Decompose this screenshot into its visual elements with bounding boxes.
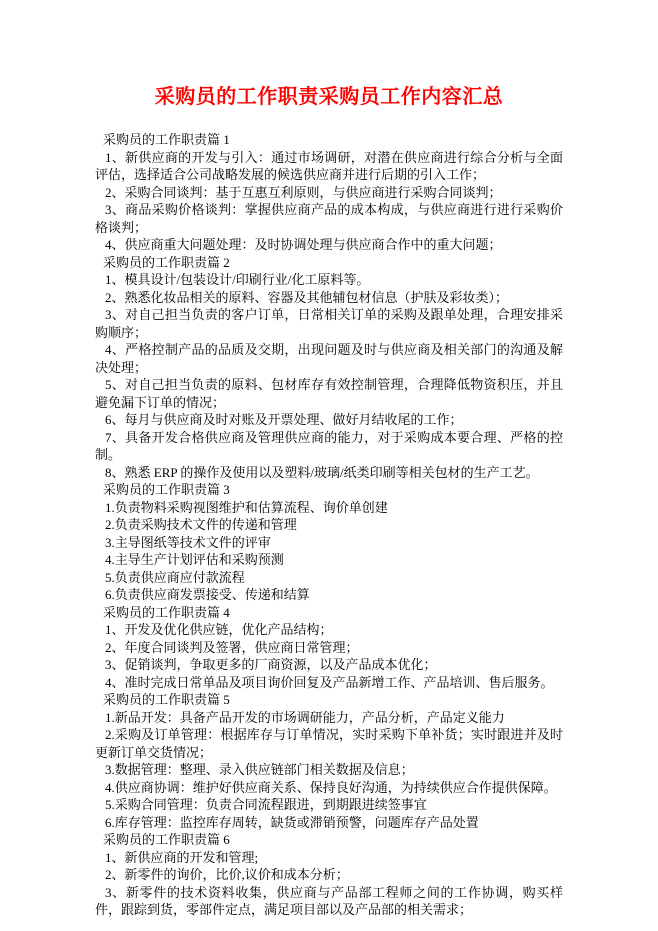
list-item: 2、新零件的询价，比价,议价和成本分析； xyxy=(95,866,563,884)
list-item: 4.供应商协调：维护好供应商关系、保持良好沟通，为持续供应合作提供保障。 xyxy=(95,779,563,797)
document-title: 采购员的工作职责采购员工作内容汇总 xyxy=(95,84,563,110)
list-item: 3、促销谈判，争取更多的厂商资源，以及产品成本优化； xyxy=(95,656,563,674)
list-item: 6、每月与供应商及时对账及开票处理、做好月结收尾的工作； xyxy=(95,411,563,429)
list-item: 4、供应商重大问题处理：及时协调处理与供应商合作中的重大问题； xyxy=(95,236,563,254)
section-heading: 采购员的工作职责篇 4 xyxy=(95,604,563,622)
list-item: 4、准时完成日常单品及项目询价回复及产品新增工作、产品培训、售后服务。 xyxy=(95,674,563,692)
list-item: 1、新供应商的开发与引入：通过市场调研，对潜在供应商进行综合分析与全面评估，选择… xyxy=(95,149,563,184)
section-heading: 采购员的工作职责篇 1 xyxy=(95,131,563,149)
list-item: 3.主导图纸等技术文件的评审 xyxy=(95,534,563,552)
list-item: 6.库存管理：监控库存周转，缺货或滞销预警，问题库存产品处置 xyxy=(95,814,563,832)
section-heading: 采购员的工作职责篇 2 xyxy=(95,254,563,272)
list-item: 1.负责物料采购视图维护和估算流程、询价单创建 xyxy=(95,499,563,517)
list-item: 3.数据管理：整理、录入供应链部门相关数据及信息； xyxy=(95,761,563,779)
list-item: 4.主导生产计划评估和采购预测 xyxy=(95,551,563,569)
list-item: 1、开发及优化供应链，优化产品结构； xyxy=(95,621,563,639)
section-heading: 采购员的工作职责篇 5 xyxy=(95,691,563,709)
document-page: 采购员的工作职责采购员工作内容汇总 采购员的工作职责篇 11、新供应商的开发与引… xyxy=(0,0,658,931)
list-item: 3、对自己担当负责的客户订单，日常相关订单的采购及跟单处理，合理安排采购顺序； xyxy=(95,306,563,341)
list-item: 1.新品开发：具备产品开发的市场调研能力，产品分析，产品定义能力 xyxy=(95,709,563,727)
list-item: 2.采购及订单管理：根据库存与订单情况，实时采购下单补货；实时跟进并及时更新订单… xyxy=(95,726,563,761)
section-heading: 采购员的工作职责篇 3 xyxy=(95,481,563,499)
list-item: 4、严格控制产品的品质及交期，出现问题及时与供应商及相关部门的沟通及解决处理； xyxy=(95,341,563,376)
list-item: 2、熟悉化妆品相关的原料、容器及其他辅包材信息（护肤及彩妆类）； xyxy=(95,289,563,307)
list-item: 8、熟悉 ERP 的操作及使用以及塑料/玻璃/纸类印刷等相关包材的生产工艺。 xyxy=(95,464,563,482)
list-item: 2、年度合同谈判及签署，供应商日常管理； xyxy=(95,639,563,657)
list-item: 2、采购合同谈判：基于互惠互利原则，与供应商进行采购合同谈判； xyxy=(95,184,563,202)
list-item: 7、具备开发合格供应商及管理供应商的能力，对于采购成本要合理、严格的控制。 xyxy=(95,429,563,464)
list-item: 3、商品采购价格谈判：掌握供应商产品的成本构成，与供应商进行进行采购价格谈判； xyxy=(95,201,563,236)
list-item: 6.负责供应商发票接受、传递和结算 xyxy=(95,586,563,604)
list-item: 1、新供应商的开发和管理; xyxy=(95,849,563,867)
section-heading: 采购员的工作职责篇 6 xyxy=(95,831,563,849)
list-item: 3、新零件的技术资料收集，供应商与产品部工程师之间的工作协调，购买样件，跟踪到货… xyxy=(95,884,563,919)
list-item: 5.采购合同管理：负责合同流程跟进，到期跟进续签事宜 xyxy=(95,796,563,814)
document-body: 采购员的工作职责篇 11、新供应商的开发与引入：通过市场调研，对潜在供应商进行综… xyxy=(95,131,563,919)
list-item: 5.负责供应商应付款流程 xyxy=(95,569,563,587)
list-item: 1、模具设计/包装设计/印刷行业/化工原料等。 xyxy=(95,271,563,289)
list-item: 5、对自己担当负责的原料、包材库存有效控制管理，合理降低物资积压，并且避免漏下订… xyxy=(95,376,563,411)
list-item: 2.负责采购技术文件的传递和管理 xyxy=(95,516,563,534)
